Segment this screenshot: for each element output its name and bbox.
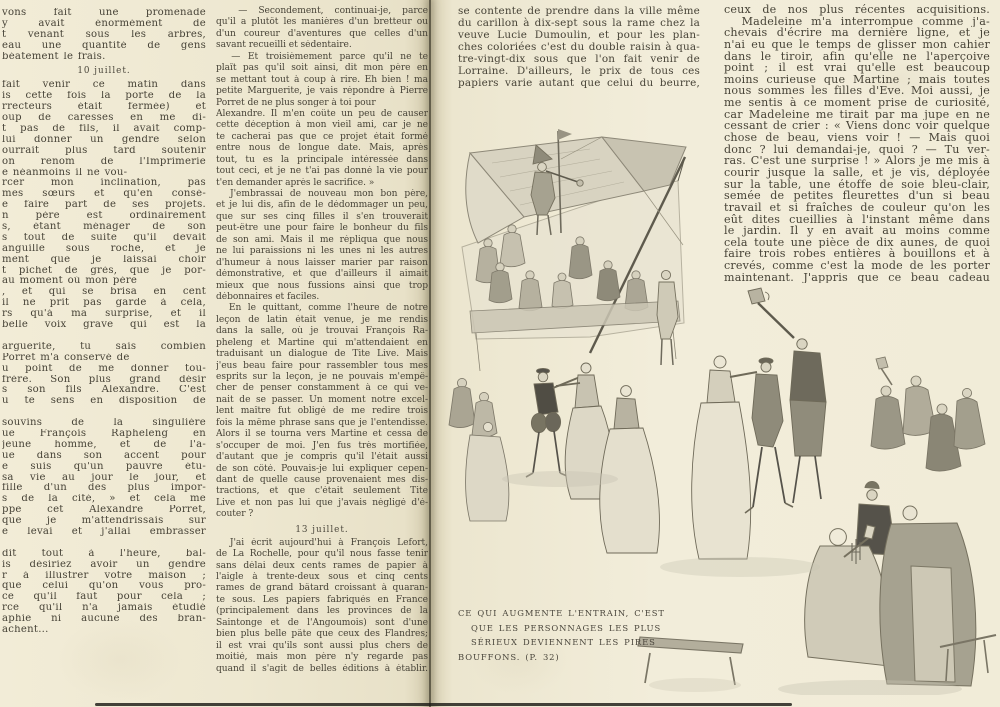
text-line: travail et si fraîches de couleur qu'on …: [724, 202, 990, 214]
text-line: point ; il est vrai qu'elle est beaucoup: [724, 62, 990, 74]
text-line: Lorraine. D'ailleurs, le prix de tous ce…: [458, 65, 700, 77]
date-heading: 10 juillet.: [2, 66, 206, 76]
text-line: sa vie au jour le jour, et: [2, 473, 206, 484]
text-line: ue François Rapheleng en: [2, 429, 206, 440]
text-line: d'un coureur d'aventures que celles d'un: [216, 29, 428, 40]
text-line: donc ? lui demandai-je, quoi ? — Tu ver-: [724, 144, 990, 156]
text-line: SÉRIEUX DEVIENNENT LES PIRES: [458, 635, 668, 650]
text-line: de son côté. Pouvais-je lui expliquer ce…: [216, 464, 428, 475]
text-line: is cette fois la porte de la: [2, 91, 206, 102]
text-line: papiers varie autant que celui du beurre…: [458, 77, 700, 89]
text-line: bien plus belle pâte que ceux des Flandr…: [216, 629, 428, 640]
text-line: cette déception à mon vieil ami, car je …: [216, 120, 428, 131]
text-line: s tout de suite qu'il devait: [2, 233, 206, 244]
text-line: r à illustrer votre maison ;: [2, 571, 206, 582]
text-line: BOUFFONS. (P. 32): [458, 650, 668, 665]
text-line: eût dites cueillies à l'instant même dan…: [724, 214, 990, 226]
text-line: chevais d'écrire ma dernière ligne, et j…: [724, 27, 990, 39]
seated-group-right: [871, 357, 985, 471]
text-line: dans le tiroir, afin qu'elle ne l'aperço…: [724, 51, 990, 63]
text-line: semée de petites fleurettes d'un si beau: [724, 190, 990, 202]
text-line: aphie ni aucune des bran-: [2, 614, 206, 625]
text-line: lent maître fut obligé de me redire troi…: [216, 406, 428, 417]
text-line: il ne prit pas garde à cela,: [2, 298, 206, 309]
text-line: te cacherai pas que ce projet était form…: [216, 132, 428, 143]
text-line: dans la salle, où je trouvai François Ra…: [216, 326, 428, 337]
text-line: cessant de crier : « Viens donc voir que…: [724, 120, 990, 132]
text-line: faire trois robes entières à bouillons e…: [724, 248, 990, 260]
text-line: tout ceci, et je ne t'ai pas donné la vi…: [216, 166, 428, 177]
text-line: dit tout à l'heure, bal-: [2, 549, 206, 560]
text-line: pheleng et Martine qui m'attendaient en: [216, 338, 428, 349]
text-line: esprits sur la leçon, je ne pouvais m'em…: [216, 372, 428, 383]
date-heading: 13 juillet.: [216, 525, 428, 535]
text-line: e suis qu'un pauvre étu-: [2, 462, 206, 473]
text-line: ourrait plus tard soutenir: [2, 146, 206, 157]
text-line: moins curieuse que Martine ; mais toutes: [724, 74, 990, 86]
text-line: j'eus beau faire pour rassembler tous me…: [216, 361, 428, 372]
text-line: ches coloriées c'est du double raisin à …: [458, 41, 700, 53]
text-line: traduisant un dialogue de Tite Live. Mai…: [216, 349, 428, 360]
text-line: e faire part de ses projets.: [2, 200, 206, 211]
text-line: nous sommes les filles d'Eve. Moi aussi,…: [724, 85, 990, 97]
text-line: du carillon à dix-sept sous la rame chez…: [458, 17, 700, 29]
text-line: frère. Son plus grand désir: [2, 375, 206, 386]
text-line: s'occuper de moi. J'en fus très mortifié…: [216, 441, 428, 452]
text-line: le jardin. Il y en avait au moins comme: [724, 225, 990, 237]
text-line: crevés, comme c'est la mode de les porte…: [724, 260, 990, 272]
text-line: cher de penser constamment à ce qui ve-: [216, 383, 428, 394]
text-line: souvins de la singulière: [2, 418, 206, 429]
text-line: fait venir ce matin dans: [2, 80, 206, 91]
text-line: rames de grand bâtard croissant à quaran…: [216, 583, 428, 594]
text-line: rs qu'à ma surprise, et il: [2, 309, 206, 320]
text-line: s de la cité, » et cela me: [2, 494, 206, 505]
text-line: achent...: [2, 625, 206, 636]
text-line: ue dans son accent pour: [2, 451, 206, 462]
text-line: J'ai écrit aujourd'hui à François Lefort…: [216, 538, 428, 549]
text-line: entre nous de longue date. Mais, après: [216, 143, 428, 154]
text-line: t venant sous les arbres,: [2, 30, 206, 41]
text-line: tout, tu es la principale intéressée dan…: [216, 155, 428, 166]
text-line: arguerite, tu sais combien: [2, 342, 206, 353]
text-line: leçon de latin était venue, je me rendis: [216, 315, 428, 326]
text-line: d'humeur à nous laisser marier par raiso…: [216, 258, 428, 269]
column-text-block: — Secondement, continuai-je, parcequ'il …: [216, 6, 428, 521]
text-line: Alexandre. Il m'en coûte un peu de cause…: [216, 109, 428, 120]
book-scan-spread: Engraving: festive crowd dancing beneath…: [0, 0, 1000, 707]
text-line: il est vrai qu'ils sont aussi plus chers…: [216, 641, 428, 652]
text-line: n père est ordinairement: [2, 211, 206, 222]
text-line: ce qu'il faut pour cela ;: [2, 592, 206, 603]
text-line: oup de caresses en me di-: [2, 113, 206, 124]
text-line: [2, 538, 206, 549]
text-line: mieux que nous fussions ainsi que trop: [216, 281, 428, 292]
text-line: e néanmoins il ne vou-: [2, 168, 206, 179]
text-line: l'aigle à trente-deux sous et cinq cents: [216, 572, 428, 583]
text-line: peut-être une pour faire le bonheur du f…: [216, 223, 428, 234]
text-line: chose de beau, viens voir ! — Mais quoi: [724, 132, 990, 144]
text-line: jeune homme, et de l'a-: [2, 440, 206, 451]
scan-edge-artifact: [95, 703, 792, 706]
text-line: savant recueilli et sédentaire.: [216, 40, 428, 51]
text-line: que je m'attendrissais sur: [2, 516, 206, 527]
text-line: mes sœurs et qu'en consé-: [2, 189, 206, 200]
text-line: plaît pas qu'il soit ainsi, dit mon père…: [216, 63, 428, 74]
text-line: [2, 407, 206, 418]
text-line: vons fait une promenade: [2, 8, 206, 19]
illustration-caption: CE QUI AUGMENTE L'ENTRAIN, C'ESTQUE LES …: [458, 606, 668, 664]
text-line: dant de quelle cause provenaient mes dis…: [216, 475, 428, 486]
text-line: t pichet de grès, que je por-: [2, 266, 206, 277]
text-line: fois la même phrase sans que je l'entend…: [216, 418, 428, 429]
column-text-block: vons fait une promenadey avait énormémen…: [2, 8, 206, 62]
text-line: fille d'un des plus impor-: [2, 483, 206, 494]
left-page-column-1: vons fait une promenadey avait énormémen…: [2, 8, 206, 636]
text-line: u point de me donner tou-: [2, 364, 206, 375]
text-line: s, étant ménager de son: [2, 222, 206, 233]
page-gutter: [429, 0, 431, 707]
text-line: — Secondement, continuai-je, parce: [216, 6, 428, 17]
text-line: eau une quantité de gens: [2, 41, 206, 52]
text-line: Madeleine m'a interrompue comme j'a-: [724, 16, 990, 28]
text-line: sans délai deux cents rames de papier à: [216, 561, 428, 572]
foreground-women: [805, 481, 976, 686]
text-line: lui donner un gendre selon: [2, 135, 206, 146]
text-line: béatement le frais.: [2, 52, 206, 63]
text-line: [2, 331, 206, 342]
text-line: tre-vingt-dix sous que l'on fait venir d…: [458, 53, 700, 65]
text-line: courir jusque la salle, et je vis, déplo…: [724, 167, 990, 179]
text-line: sur la table, une étoffe de soie bleu-cl…: [724, 179, 990, 191]
text-line: ras. C'est une surprise ! » Alors je me …: [724, 155, 990, 167]
column-text-block: fait venir ce matin dansis cette fois la…: [2, 80, 206, 635]
text-line: s son fils Alexandre. C'est: [2, 385, 206, 396]
text-line: quand il s'agit de belles éditions à éta…: [216, 664, 428, 675]
text-line: QUE LES PERSONNAGES LES PLUS: [458, 621, 668, 636]
text-line: moitié, mais mon père n'y regarde pas: [216, 652, 428, 663]
text-line: ment que je laissai choir: [2, 255, 206, 266]
text-line: CE QUI AUGMENTE L'ENTRAIN, C'EST: [458, 606, 668, 621]
text-line: au moment où mon père: [2, 276, 206, 287]
text-line: de son ami. Mais il me répliqua que nous: [216, 235, 428, 246]
text-line: veuve Lucie Dumoulin, et pour les plan-: [458, 29, 700, 41]
right-page-column-left: se contente de prendre dans la ville mêm…: [458, 5, 700, 89]
text-line: couter ?: [216, 509, 428, 520]
skirted-woman-figure: [600, 386, 660, 553]
text-line: anguille sous roche, et je: [2, 244, 206, 255]
text-line: ne lui paraissions ni les unes ni les au…: [216, 246, 428, 257]
text-line: que celui qu'on vous pro-: [2, 581, 206, 592]
text-line: Porret m'a conservé de: [2, 353, 206, 364]
text-line: démonstrative, et que d'ailleurs il aima…: [216, 269, 428, 280]
text-line: t pas de fils, il avait comp-: [2, 124, 206, 135]
text-line: rrecteurs était fermée) et: [2, 102, 206, 113]
text-line: se contente de prendre dans la ville mêm…: [458, 5, 700, 17]
text-line: Saintonge et de l'Angoumois) sont d'une: [216, 618, 428, 629]
text-line: is désiriez avoir un gendre: [2, 560, 206, 571]
pennant: [558, 129, 572, 140]
text-line: te sous. Les papiers fabriqués en France: [216, 595, 428, 606]
text-line: En le quittant, comme l'heure de notre: [216, 303, 428, 314]
text-line: me sentis à ce moment prise de curiosité…: [724, 97, 990, 109]
text-line: , et qui se brisa en cent: [2, 287, 206, 298]
column-text-block: J'ai écrit aujourd'hui à François Lefort…: [216, 538, 428, 675]
text-line: e levai et j'allai embrasser: [2, 527, 206, 538]
text-line: — Et troisièmement parce qu'il ne te: [216, 52, 428, 63]
text-line: qu'il a plutôt les manières d'un bretteu…: [216, 17, 428, 28]
text-line: débonnaires et faciles.: [216, 292, 428, 303]
text-line: on renom de l'Imprimerie: [2, 157, 206, 168]
text-line: d'autant que je compris qu'il l'était au…: [216, 452, 428, 463]
right-page-column-right: ceux de nos plus récentes acquisitions. …: [724, 4, 990, 283]
left-page-column-2: — Secondement, continuai-je, parcequ'il …: [216, 6, 428, 675]
text-line: (principalement dans les provinces de la: [216, 606, 428, 617]
text-line: de La Rochelle, pour qu'il nous fasse te…: [216, 549, 428, 560]
text-line: ceux de nos plus récentes acquisitions.: [724, 4, 990, 16]
text-line: nait de se passer. Un moment notre excel…: [216, 395, 428, 406]
text-line: Porret de ne plus songer à toi pour: [216, 98, 428, 109]
text-line: se mettant tout à coup à rire. Eh bien !…: [216, 75, 428, 86]
text-line: u te sens en disposition de: [2, 396, 206, 407]
text-line: et je lui dis, afin de le dédommager un …: [216, 200, 428, 211]
text-line: car Madeleine me tirait par ma jupe en n…: [724, 109, 990, 121]
text-line: tractions, et que c'était seulement Tite: [216, 486, 428, 497]
text-line: que sur ses cinq filles il s'en trouvera…: [216, 212, 428, 223]
left-crowd: [449, 378, 509, 521]
text-line: petite Marguerite, je vais répondre à Pi…: [216, 86, 428, 97]
text-line: maintenant. J'appris que ce beau cadeau: [724, 272, 990, 284]
text-line: Alors il se tourna vers Martine et cessa…: [216, 429, 428, 440]
dancing-couple-center: [692, 356, 793, 559]
text-line: t'en demander après le sacrifice. »: [216, 178, 428, 189]
text-line: Live et non pas lui que j'avais négligé …: [216, 498, 428, 509]
text-line: rcer mon inclination, pas: [2, 178, 206, 189]
text-line: rce qu'il n'a jamais étudié: [2, 603, 206, 614]
text-line: cela toute une pièce de dix aunes, de qu…: [724, 237, 990, 249]
text-line: ppe cet Alexandre Porret,: [2, 505, 206, 516]
text-line: belle voix grave qui est la: [2, 320, 206, 331]
text-line: J'embrassai de nouveau mon bon père,: [216, 189, 428, 200]
text-line: n'ai eu que le temps de glisser mon cahi…: [724, 39, 990, 51]
text-line: y avait énormément de: [2, 19, 206, 30]
